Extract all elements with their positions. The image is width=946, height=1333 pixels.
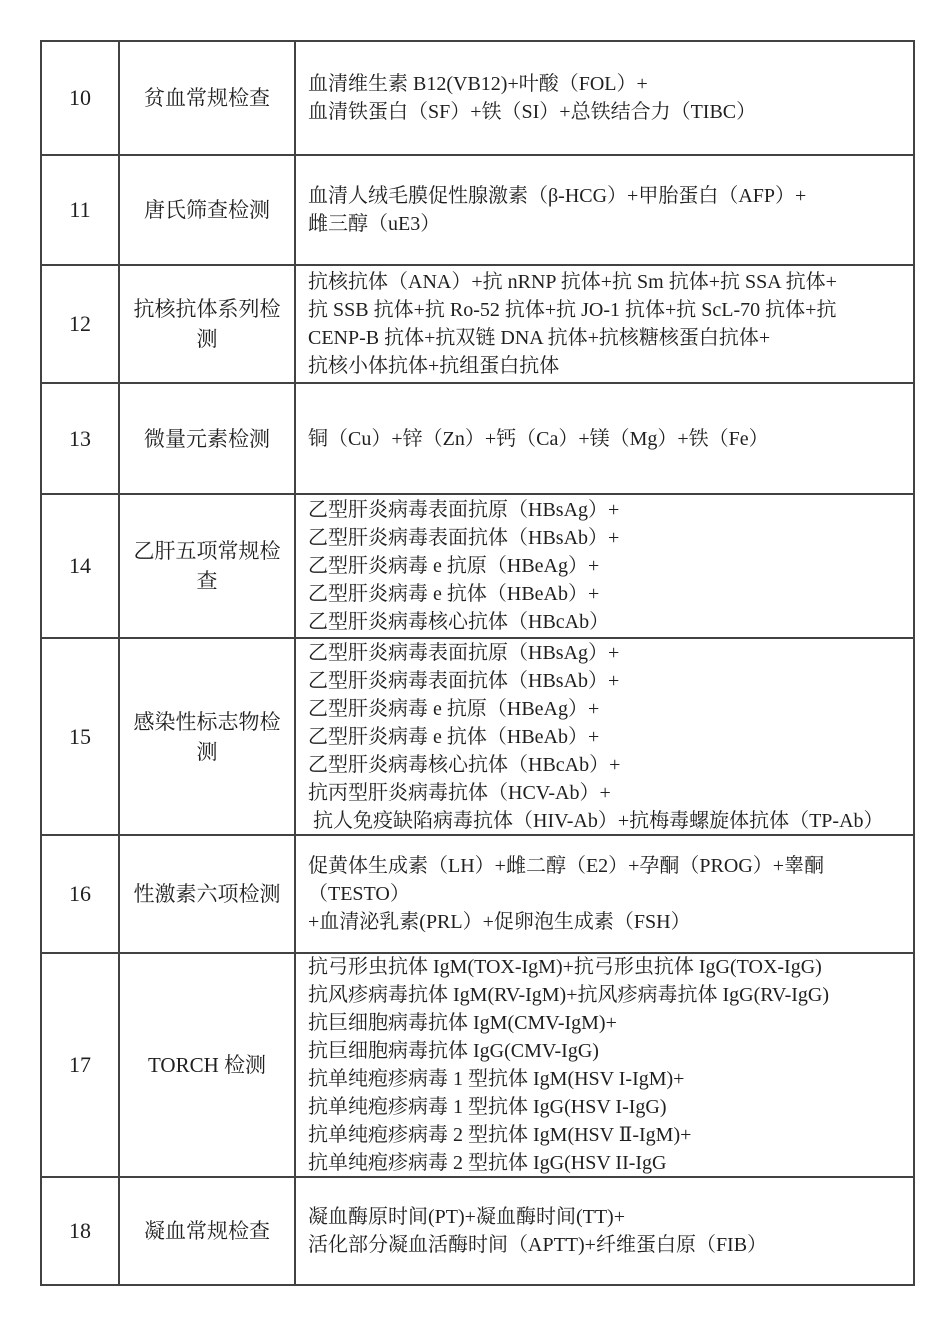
test-name: 凝血常规检查: [144, 1216, 270, 1246]
test-item-line: 抗核小体抗体+抗组蛋白抗体: [308, 352, 559, 380]
test-item-line: 乙型肝炎病毒 e 抗原（HBeAg）+: [308, 695, 599, 723]
test-item-line: 乙型肝炎病毒表面抗体（HBsAb）+: [308, 667, 619, 695]
test-item-line: 乙型肝炎病毒表面抗原（HBsAg）+: [308, 496, 619, 524]
test-item-line: 乙型肝炎病毒表面抗体（HBsAb）+: [308, 524, 619, 552]
row-number: 14: [69, 553, 91, 579]
test-item-line: 抗核抗体（ANA）+抗 nRNP 抗体+抗 Sm 抗体+抗 SSA 抗体+: [308, 268, 837, 296]
test-item-line: 乙型肝炎病毒核心抗体（HBcAb）: [308, 608, 609, 636]
test-name-cell: 贫血常规检查: [118, 42, 294, 154]
test-item-line: +血清泌乳素(PRL）+促卵泡生成素（FSH）: [308, 908, 691, 936]
test-name-cell: 唐氏筛查检测: [118, 156, 294, 264]
test-name-cell: TORCH 检测: [118, 954, 294, 1176]
row-number: 17: [69, 1052, 91, 1078]
test-item-line: 抗巨细胞病毒抗体 IgG(CMV-IgG): [308, 1037, 599, 1065]
test-item-line: 抗单纯疱疹病毒 1 型抗体 IgM(HSV I-IgM)+: [308, 1065, 684, 1093]
row-number: 10: [69, 85, 91, 111]
test-item-line: 血清铁蛋白（SF）+铁（SI）+总铁结合力（TIBC）: [308, 98, 756, 126]
test-item-line: 铜（Cu）+锌（Zn）+钙（Ca）+镁（Mg）+铁（Fe）: [308, 425, 769, 453]
test-item-line: 雌三醇（uE3）: [308, 210, 440, 238]
test-items-cell: 乙型肝炎病毒表面抗原（HBsAg）+乙型肝炎病毒表面抗体（HBsAb）+乙型肝炎…: [294, 639, 913, 834]
test-items-cell: 抗弓形虫抗体 IgM(TOX-IgM)+抗弓形虫抗体 IgG(TOX-IgG)抗…: [294, 954, 913, 1176]
test-item-line: 血清维生素 B12(VB12)+叶酸（FOL）+: [308, 70, 648, 98]
test-name: 微量元素检测: [144, 424, 270, 454]
test-items-cell: 促黄体生成素（LH）+雌二醇（E2）+孕酮（PROG）+睾酮（TESTO）+血清…: [294, 836, 913, 952]
test-items-cell: 血清维生素 B12(VB12)+叶酸（FOL）+血清铁蛋白（SF）+铁（SI）+…: [294, 42, 913, 154]
test-item-line: 活化部分凝血活酶时间（APTT)+纤维蛋白原（FIB）: [308, 1231, 767, 1259]
test-item-line: 乙型肝炎病毒表面抗原（HBsAg）+: [308, 639, 619, 667]
row-number: 12: [69, 311, 91, 337]
test-item-line: 乙型肝炎病毒 e 抗原（HBeAg）+: [308, 552, 599, 580]
row-number: 15: [69, 724, 91, 750]
row-number-cell: 15: [42, 639, 118, 834]
test-item-line: 乙型肝炎病毒核心抗体（HBcAb）+: [308, 751, 620, 779]
test-item-line: 抗弓形虫抗体 IgM(TOX-IgM)+抗弓形虫抗体 IgG(TOX-IgG): [308, 954, 822, 981]
test-name-cell: 感染性标志物检测: [118, 639, 294, 834]
test-name: TORCH 检测: [148, 1050, 266, 1080]
test-item-line: 凝血酶原时间(PT)+凝血酶时间(TT)+: [308, 1203, 625, 1231]
table-row: 11 唐氏筛查检测 血清人绒毛膜促性腺激素（β-HCG）+甲胎蛋白（AFP）+雌…: [42, 154, 913, 264]
test-items-cell: 血清人绒毛膜促性腺激素（β-HCG）+甲胎蛋白（AFP）+雌三醇（uE3）: [294, 156, 913, 264]
test-name: 唐氏筛查检测: [144, 195, 270, 225]
table-row: 17 TORCH 检测 抗弓形虫抗体 IgM(TOX-IgM)+抗弓形虫抗体 I…: [42, 952, 913, 1176]
test-items-cell: 抗核抗体（ANA）+抗 nRNP 抗体+抗 Sm 抗体+抗 SSA 抗体+抗 S…: [294, 266, 913, 382]
test-name: 感染性标志物检测: [128, 707, 286, 767]
test-item-line: 抗丙型肝炎病毒抗体（HCV-Ab）+: [308, 779, 611, 807]
row-number-cell: 14: [42, 495, 118, 637]
test-item-line: 抗风疹病毒抗体 IgM(RV-IgM)+抗风疹病毒抗体 IgG(RV-IgG): [308, 981, 829, 1009]
table-row: 18 凝血常规检查 凝血酶原时间(PT)+凝血酶时间(TT)+活化部分凝血活酶时…: [42, 1176, 913, 1284]
table-row: 16 性激素六项检测 促黄体生成素（LH）+雌二醇（E2）+孕酮（PROG）+睾…: [42, 834, 913, 952]
test-items-cell: 凝血酶原时间(PT)+凝血酶时间(TT)+活化部分凝血活酶时间（APTT)+纤维…: [294, 1178, 913, 1284]
test-name: 乙肝五项常规检查: [128, 536, 286, 596]
row-number: 16: [69, 881, 91, 907]
row-number: 18: [69, 1218, 91, 1244]
document-page: 10 贫血常规检查 血清维生素 B12(VB12)+叶酸（FOL）+血清铁蛋白（…: [0, 0, 946, 1333]
row-number-cell: 17: [42, 954, 118, 1176]
test-item-line: 乙型肝炎病毒 e 抗体（HBeAb）+: [308, 580, 599, 608]
test-name-cell: 抗核抗体系列检测: [118, 266, 294, 382]
table-row: 12 抗核抗体系列检测 抗核抗体（ANA）+抗 nRNP 抗体+抗 Sm 抗体+…: [42, 264, 913, 382]
test-item-line: 血清人绒毛膜促性腺激素（β-HCG）+甲胎蛋白（AFP）+: [308, 182, 806, 210]
test-name-cell: 微量元素检测: [118, 384, 294, 493]
test-item-line: 抗单纯疱疹病毒 2 型抗体 IgG(HSV II-IgG: [308, 1149, 667, 1176]
test-name: 抗核抗体系列检测: [128, 294, 286, 354]
row-number-cell: 13: [42, 384, 118, 493]
table-row: 13 微量元素检测 铜（Cu）+锌（Zn）+钙（Ca）+镁（Mg）+铁（Fe）: [42, 382, 913, 493]
row-number: 13: [69, 426, 91, 452]
row-number-cell: 18: [42, 1178, 118, 1284]
test-item-line: 乙型肝炎病毒 e 抗体（HBeAb）+: [308, 723, 599, 751]
row-number-cell: 12: [42, 266, 118, 382]
table-row: 14 乙肝五项常规检查 乙型肝炎病毒表面抗原（HBsAg）+乙型肝炎病毒表面抗体…: [42, 493, 913, 637]
row-number-cell: 11: [42, 156, 118, 264]
test-items-cell: 乙型肝炎病毒表面抗原（HBsAg）+乙型肝炎病毒表面抗体（HBsAb）+乙型肝炎…: [294, 495, 913, 637]
medical-test-table: 10 贫血常规检查 血清维生素 B12(VB12)+叶酸（FOL）+血清铁蛋白（…: [40, 40, 915, 1286]
table-row: 10 贫血常规检查 血清维生素 B12(VB12)+叶酸（FOL）+血清铁蛋白（…: [42, 42, 913, 154]
test-item-line: CENP-B 抗体+抗双链 DNA 抗体+抗核糖核蛋白抗体+: [308, 324, 770, 352]
test-item-line: 抗单纯疱疹病毒 1 型抗体 IgG(HSV I-IgG): [308, 1093, 667, 1121]
test-name-cell: 凝血常规检查: [118, 1178, 294, 1284]
test-name-cell: 性激素六项检测: [118, 836, 294, 952]
test-name: 贫血常规检查: [144, 83, 270, 113]
table-row: 15 感染性标志物检测 乙型肝炎病毒表面抗原（HBsAg）+乙型肝炎病毒表面抗体…: [42, 637, 913, 834]
test-name: 性激素六项检测: [134, 879, 281, 909]
test-item-line: 抗巨细胞病毒抗体 IgM(CMV-IgM)+: [308, 1009, 617, 1037]
test-items-cell: 铜（Cu）+锌（Zn）+钙（Ca）+镁（Mg）+铁（Fe）: [294, 384, 913, 493]
test-item-line: 抗 SSB 抗体+抗 Ro-52 抗体+抗 JO-1 抗体+抗 ScL-70 抗…: [308, 296, 836, 324]
row-number: 11: [69, 197, 90, 223]
test-item-line: 抗单纯疱疹病毒 2 型抗体 IgM(HSV Ⅱ-IgM)+: [308, 1121, 691, 1149]
test-item-line: 促黄体生成素（LH）+雌二醇（E2）+孕酮（PROG）+睾酮（TESTO）: [308, 852, 909, 908]
row-number-cell: 10: [42, 42, 118, 154]
row-number-cell: 16: [42, 836, 118, 952]
test-name-cell: 乙肝五项常规检查: [118, 495, 294, 637]
test-item-line: 抗人免疫缺陷病毒抗体（HIV-Ab）+抗梅毒螺旋体抗体（TP-Ab）: [308, 807, 884, 835]
